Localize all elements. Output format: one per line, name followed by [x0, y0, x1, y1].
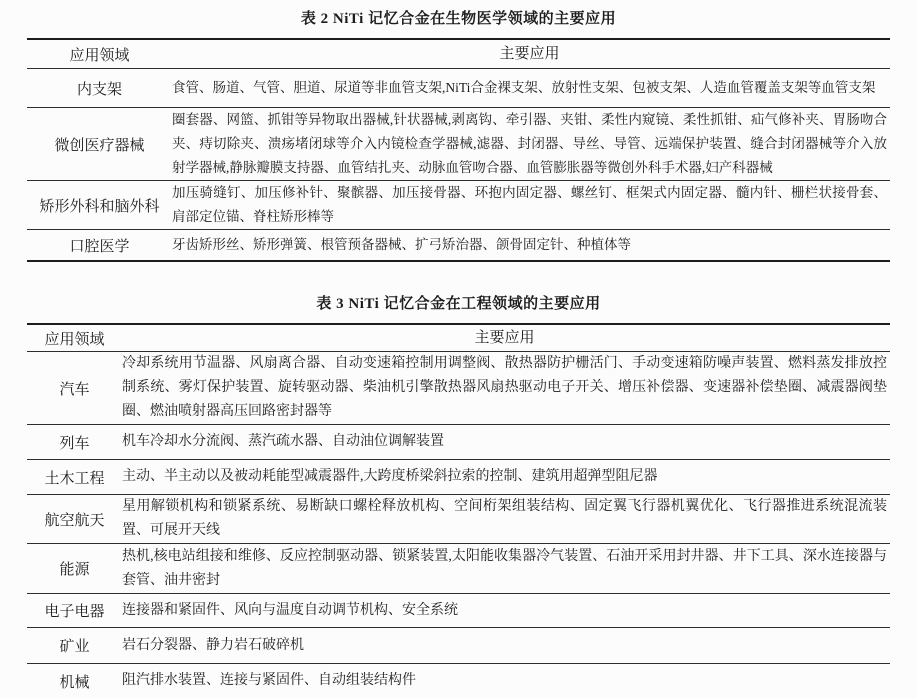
row-applications: 机车冷却水分流阀、蒸汽疏水器、自动油位调解装置	[122, 430, 887, 454]
row-applications: 主动、半主动以及被动耗能型减震器件,大跨度桥梁斜拉索的控制、建筑用超弹型阻尼器	[122, 465, 887, 489]
row-label: 电子电器	[27, 594, 122, 627]
table-3-engineering-applications: 应用领域 主要应用 汽车 冷却系统用节温器、风扇离合器、自动变速箱控制用调整阀、…	[27, 323, 890, 698]
table-row-machinery: 机械 阻汽排水装置、连接与紧固件、自动组装结构件	[27, 664, 890, 698]
table-3-header-field: 应用领域	[27, 325, 122, 351]
table-row-civil-engineering: 土木工程 主动、半主动以及被动耗能型减震器件,大跨度桥梁斜拉索的控制、建筑用超弹…	[27, 460, 890, 495]
row-label: 能源	[27, 544, 122, 593]
row-label: 土木工程	[27, 460, 122, 494]
table-row-minimally-invasive-devices: 微创医疗器械 圈套器、网篮、抓钳等异物取出器械,针状器械,剥离钩、牵引器、夹钳、…	[27, 108, 890, 181]
row-label: 汽车	[27, 352, 122, 424]
row-label: 口腔医学	[27, 230, 172, 260]
row-applications: 冷却系统用节温器、风扇离合器、自动变速箱控制用调整阀、散热器防护栅活门、手动变速…	[122, 352, 887, 424]
table-2-biomedical-applications: 应用领域 主要应用 内支架 食管、肠道、气管、胆道、尿道等非血管支架,NiTi合…	[27, 38, 890, 262]
row-label: 内支架	[27, 69, 172, 107]
table-row-trains: 列车 机车冷却水分流阀、蒸汽疏水器、自动油位调解装置	[27, 425, 890, 460]
row-applications: 岩石分裂器、静力岩石破碎机	[122, 634, 887, 658]
row-applications: 阻汽排水装置、连接与紧固件、自动组装结构件	[122, 669, 887, 693]
row-label: 列车	[27, 425, 122, 459]
row-label: 微创医疗器械	[27, 108, 172, 180]
table-3-header-applications: 主要应用	[122, 326, 887, 350]
table-row-automotive: 汽车 冷却系统用节温器、风扇离合器、自动变速箱控制用调整阀、散热器防护栅活门、手…	[27, 352, 890, 425]
table-2-caption: 表 2 NiTi 记忆合金在生物医学领域的主要应用	[0, 0, 917, 38]
row-label: 机械	[27, 664, 122, 698]
paper-page: { "page": { "background": "#fcfcfc", "in…	[0, 0, 917, 698]
table-3-caption: 表 3 NiTi 记忆合金在工程领域的主要应用	[0, 292, 917, 323]
row-applications: 热机,核电站组接和维修、反应控制驱动器、锁紧装置,太阳能收集器冷气装置、石油开采…	[122, 545, 887, 593]
table-row-orthopedics-neurosurgery: 矫形外科和脑外科 加压骑缝钉、加压修补针、聚髌器、加压接骨器、环抱内固定器、螺丝…	[27, 181, 890, 230]
table-row-aerospace: 航空航天 星用解锁机构和锁紧系统、易断缺口螺栓释放机构、空间桁架组装结构、固定翼…	[27, 495, 890, 544]
table-row-energy: 能源 热机,核电站组接和维修、反应控制驱动器、锁紧装置,太阳能收集器冷气装置、石…	[27, 544, 890, 594]
row-label: 航空航天	[27, 495, 122, 543]
row-label: 矿业	[27, 628, 122, 663]
row-applications: 加压骑缝钉、加压修补针、聚髌器、加压接骨器、环抱内固定器、螺丝钉、框架式内固定器…	[172, 181, 887, 229]
row-applications: 圈套器、网篮、抓钳等异物取出器械,针状器械,剥离钩、牵引器、夹钳、柔性内窥镜、柔…	[172, 108, 887, 180]
table-row-electronics: 电子电器 连接器和紧固件、风向与温度自动调节机构、安全系统	[27, 594, 890, 628]
table-3-header-row: 应用领域 主要应用	[27, 325, 890, 352]
row-applications: 食管、肠道、气管、胆道、尿道等非血管支架,NiTi合金裸支架、放射性支架、包被支…	[172, 76, 887, 100]
table-row-mining: 矿业 岩石分裂器、静力岩石破碎机	[27, 628, 890, 664]
table-2-header-field: 应用领域	[27, 40, 172, 68]
table-2-header-applications: 主要应用	[172, 42, 887, 66]
row-applications: 牙齿矫形丝、矫形弹簧、根管预备器械、扩弓矫治器、颌骨固定针、种植体等	[172, 233, 887, 257]
row-applications: 连接器和紧固件、风向与温度自动调节机构、安全系统	[122, 599, 887, 623]
table-2-header-row: 应用领域 主要应用	[27, 40, 890, 69]
table-row-stents: 内支架 食管、肠道、气管、胆道、尿道等非血管支架,NiTi合金裸支架、放射性支架…	[27, 69, 890, 108]
row-applications: 星用解锁机构和锁紧系统、易断缺口螺栓释放机构、空间桁架组装结构、固定翼飞行器机翼…	[122, 495, 887, 543]
row-label: 矫形外科和脑外科	[27, 181, 172, 229]
table-row-dentistry: 口腔医学 牙齿矫形丝、矫形弹簧、根管预备器械、扩弓矫治器、颌骨固定针、种植体等	[27, 230, 890, 260]
